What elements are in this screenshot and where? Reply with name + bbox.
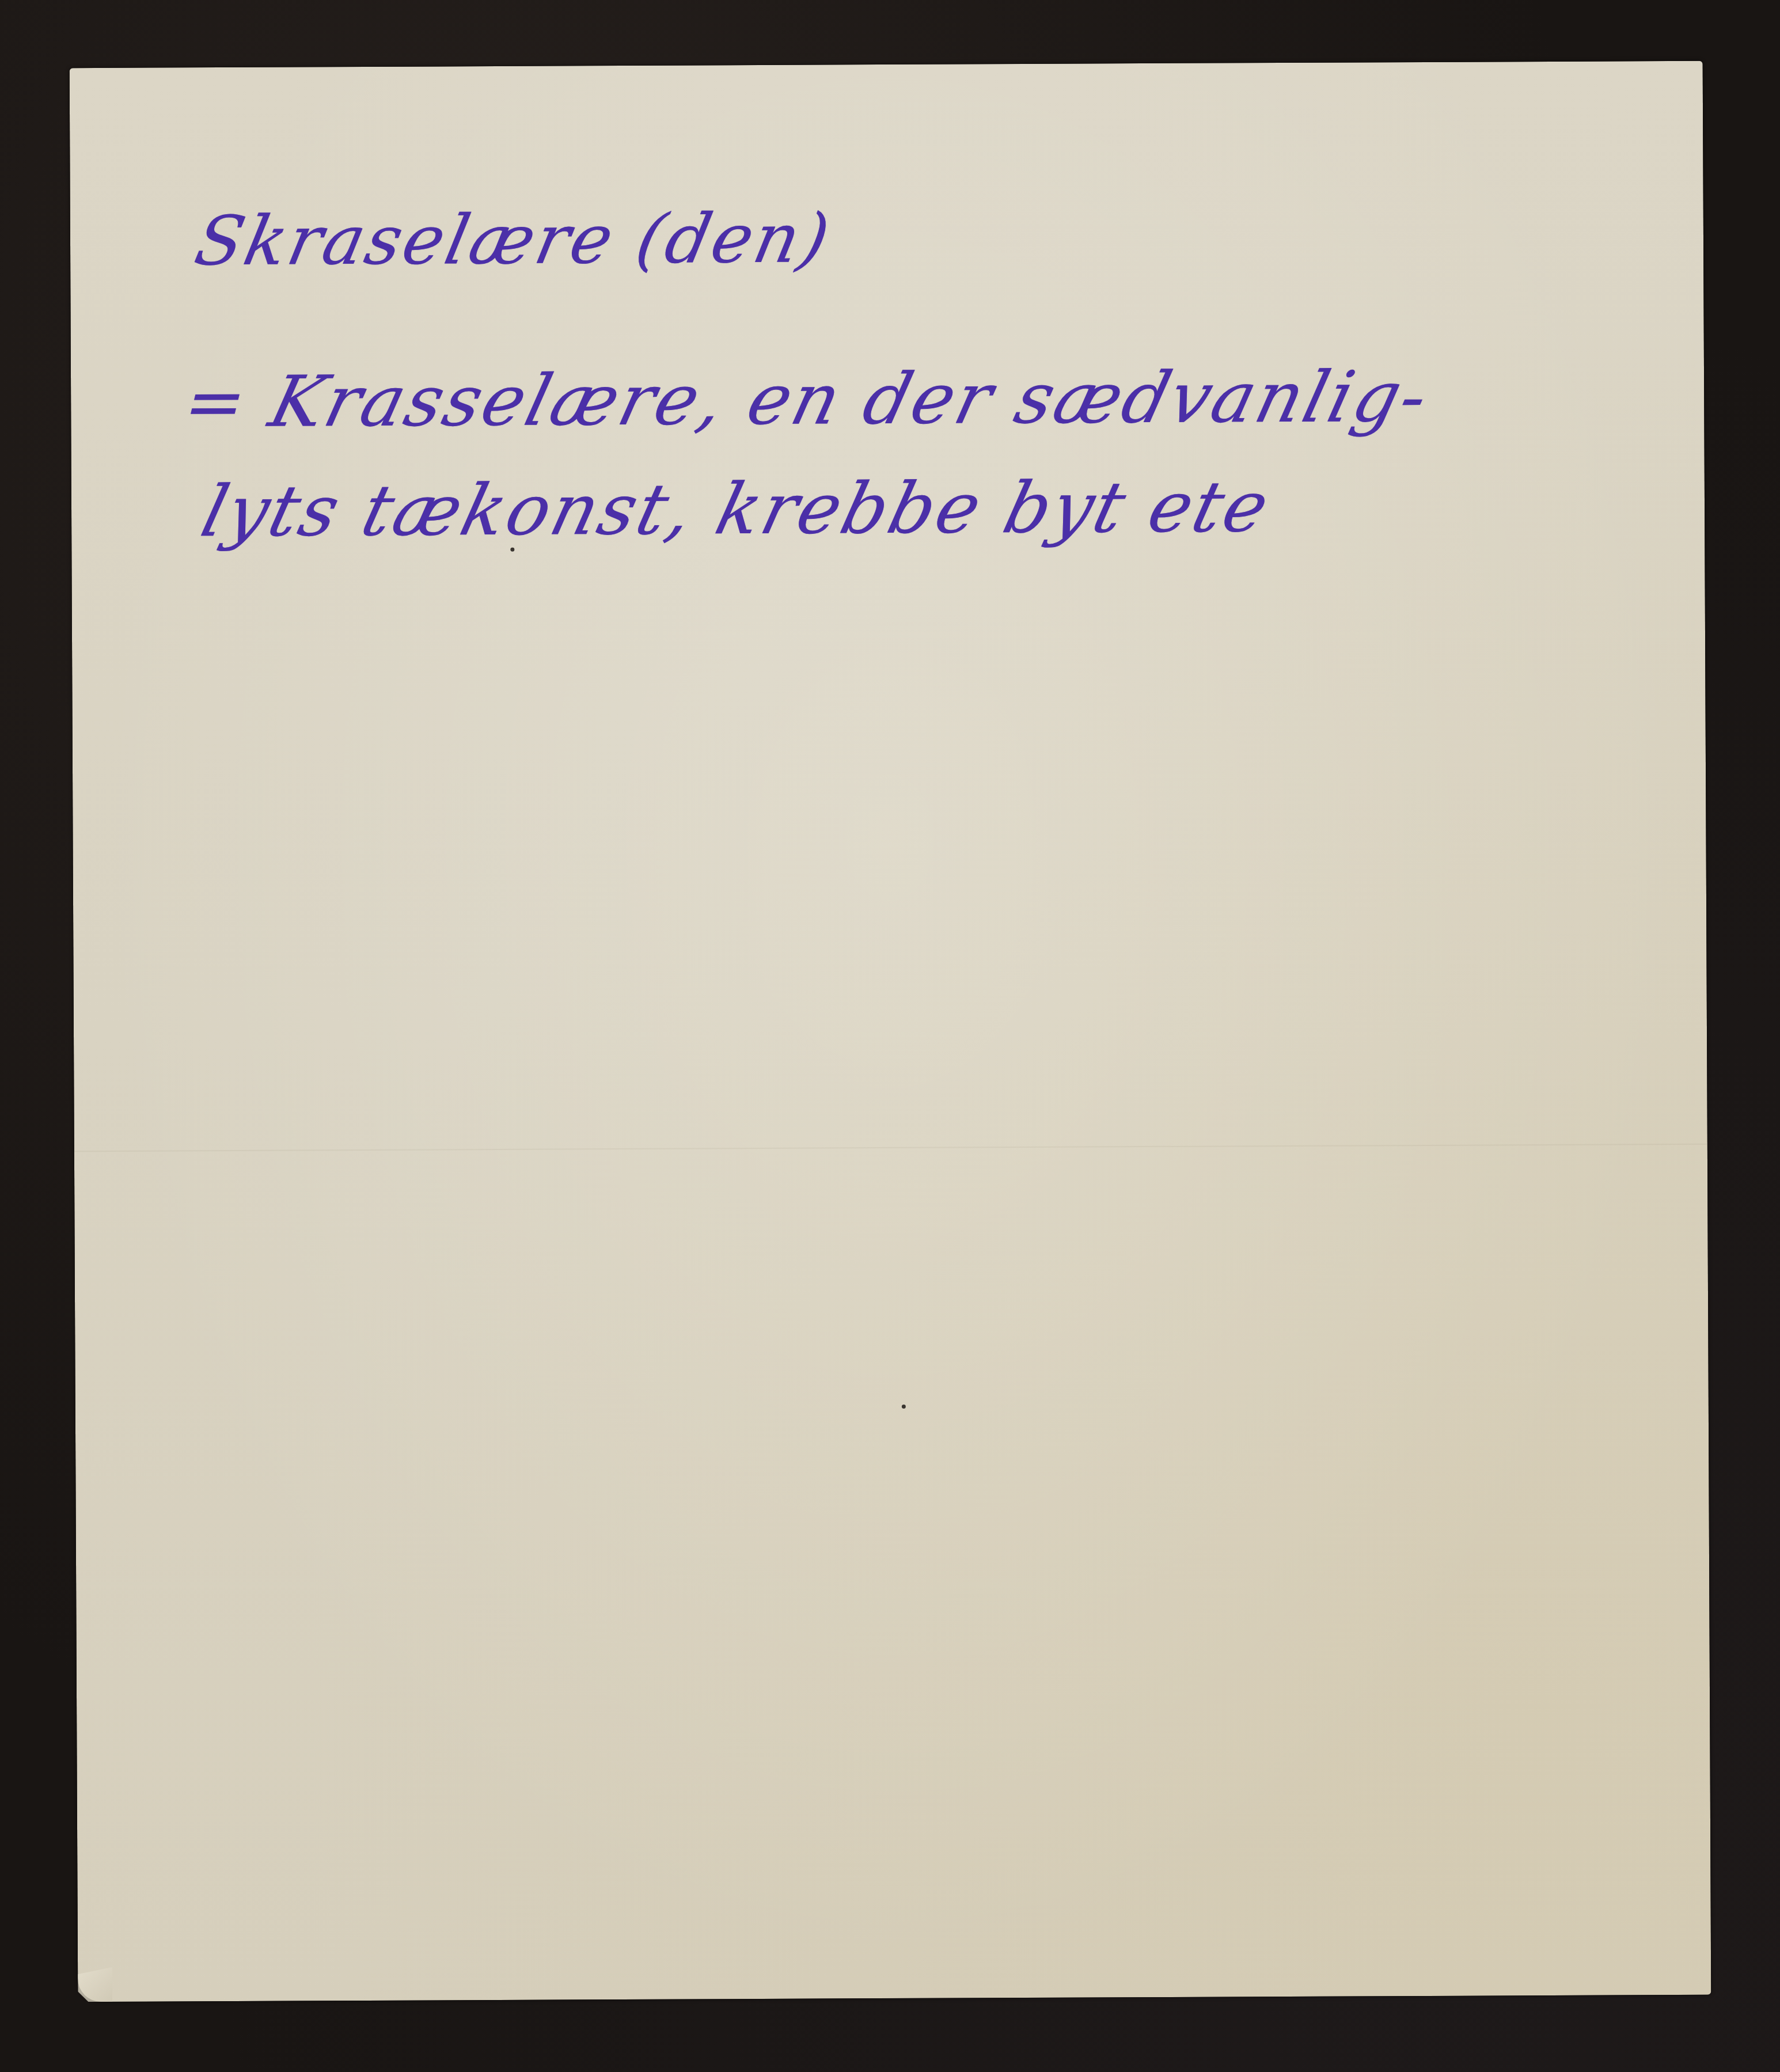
headword-line: Skraselære (den) (189, 198, 838, 280)
paper-slip: Skraselære (den) = Krasselære, en der sæ… (70, 61, 1711, 2002)
paper-speck (902, 1405, 906, 1409)
definition-line-1: = Krasselære, en der sædvanlig- (176, 356, 1438, 443)
definition-line-2: lyts tækonst, krebbe byt ete (194, 466, 1279, 552)
paper-fold-crease (74, 1144, 1707, 1152)
